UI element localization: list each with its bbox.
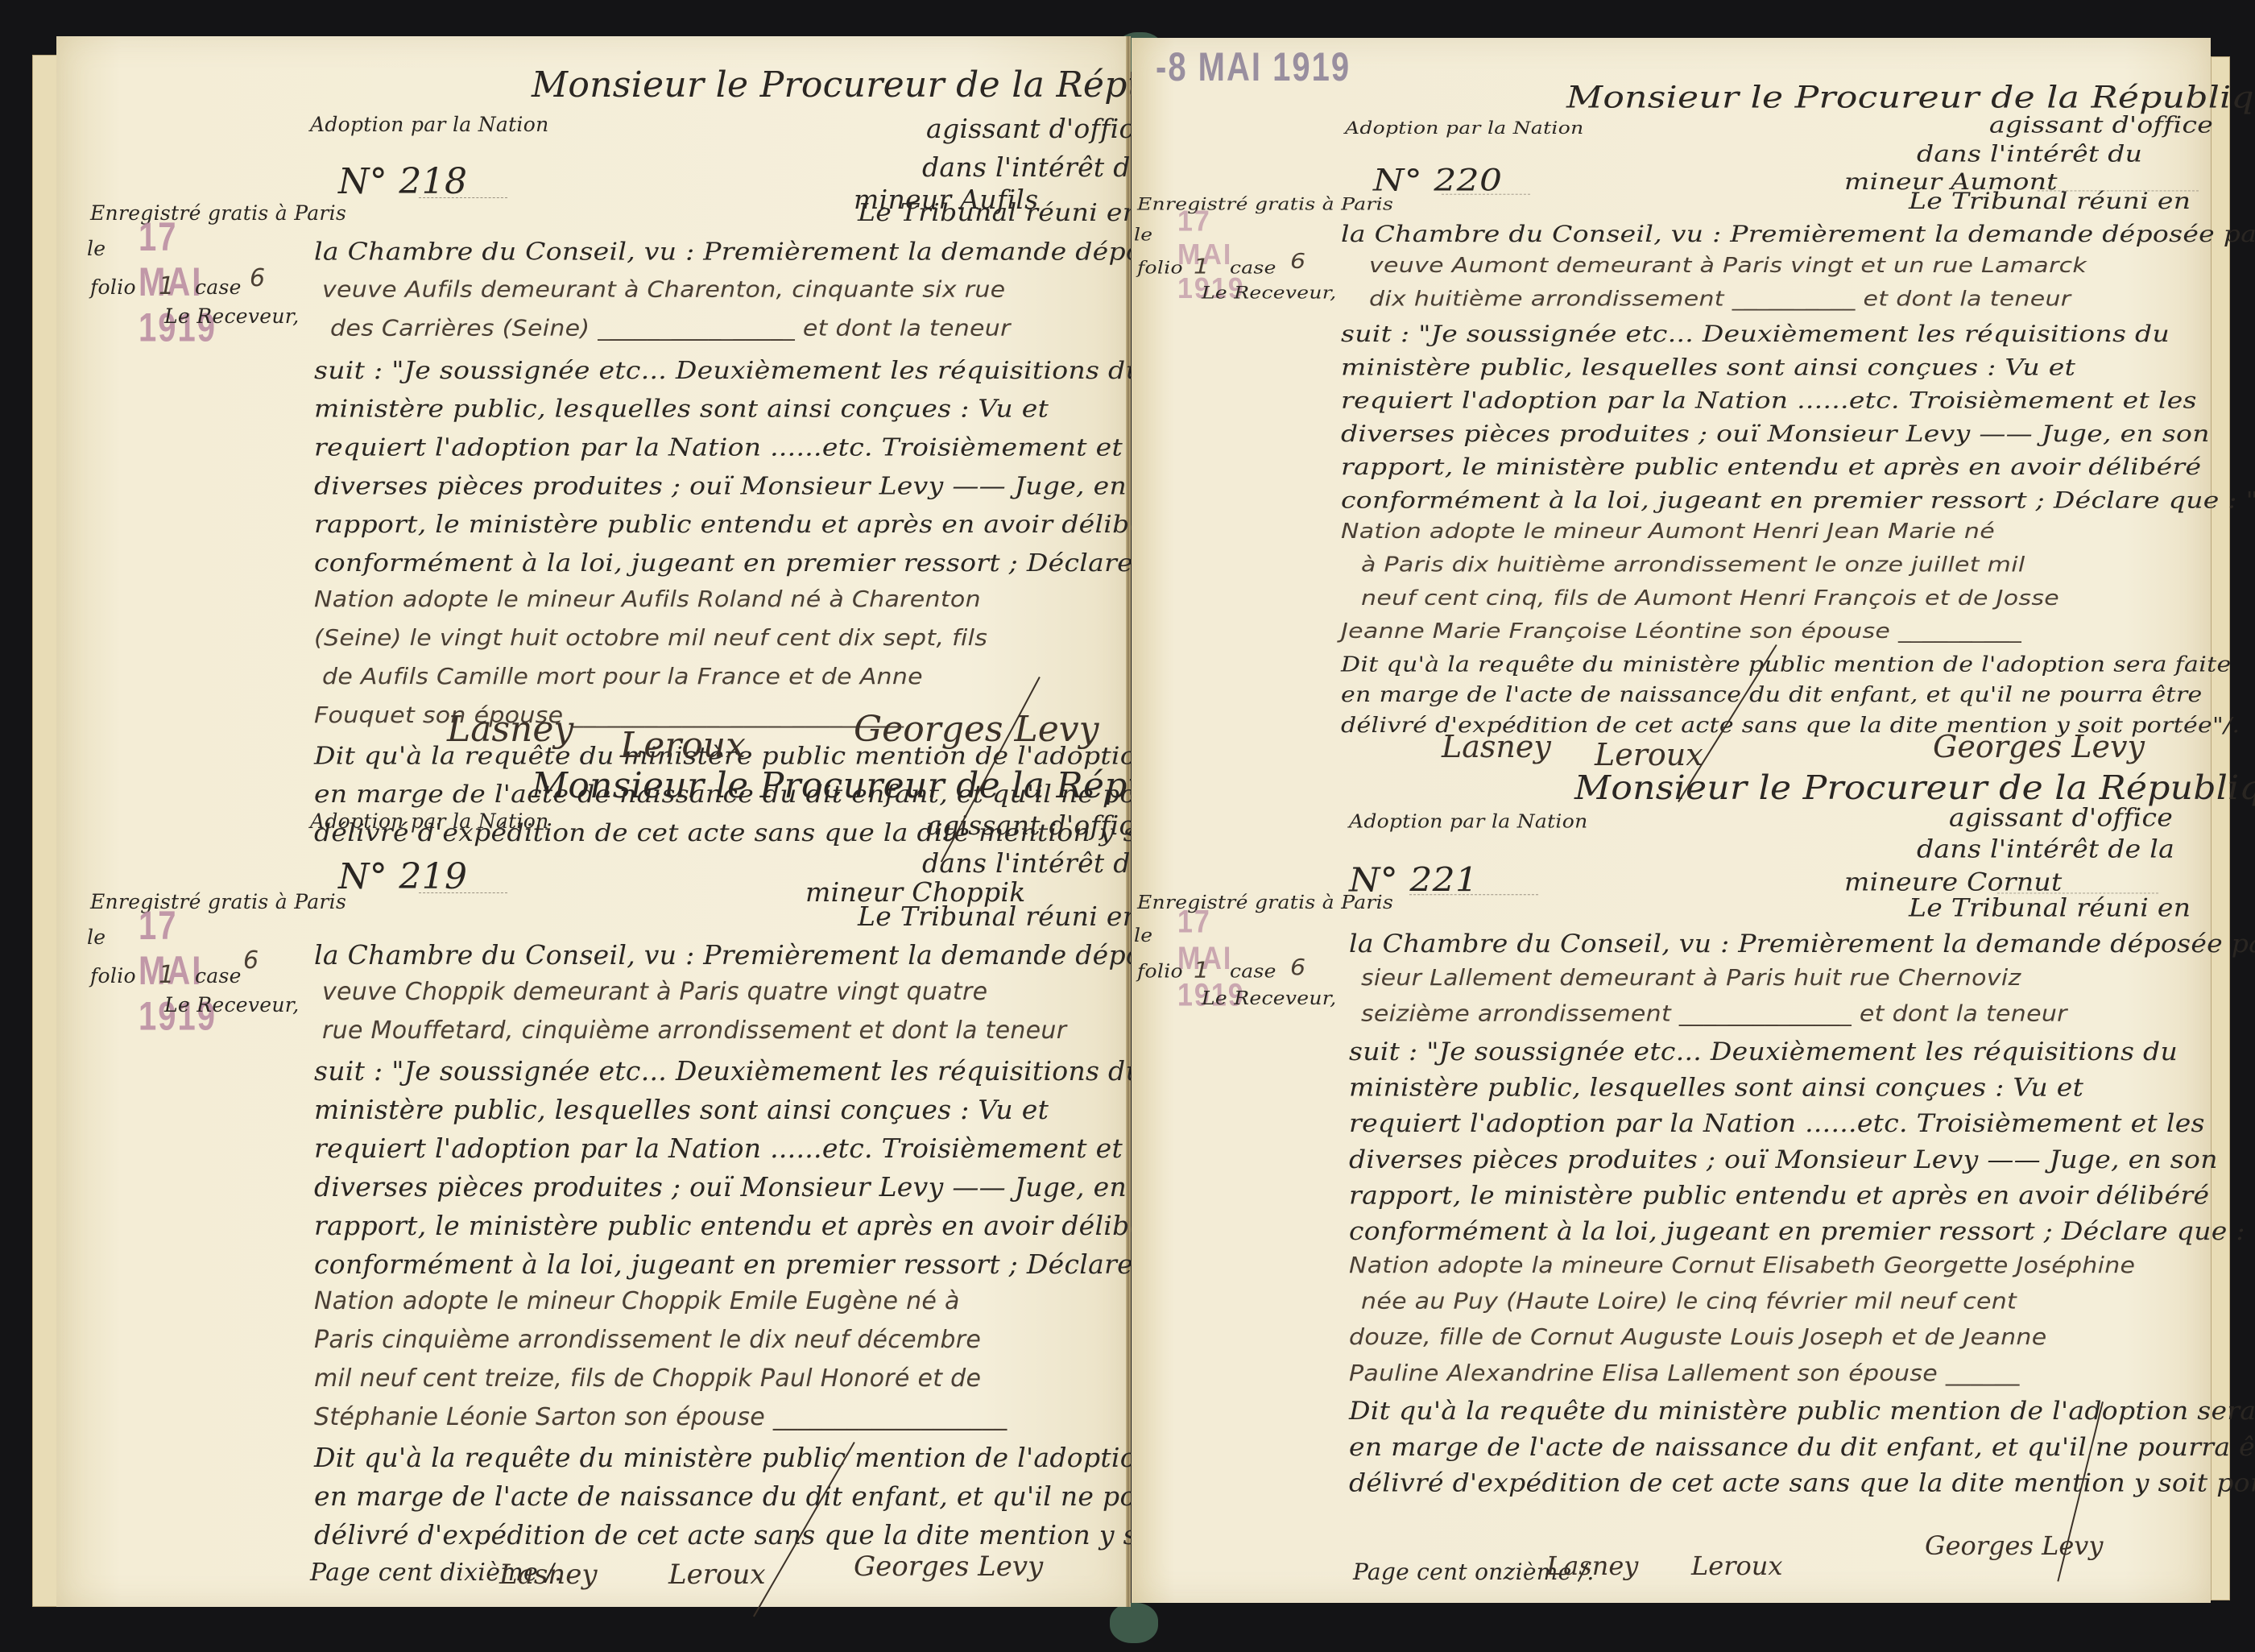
body-line: la Chambre du Conseil, vu : Premièrement… <box>1341 220 2255 247</box>
registration-text: Enregistré gratis à Paris <box>90 201 346 225</box>
entry-category: Adoption par la Nation <box>310 809 548 833</box>
body-line: la Chambre du Conseil, vu : Premièrement… <box>1349 929 2255 958</box>
registration-text: Enregistré gratis à Paris <box>1137 892 1393 913</box>
body-line: rapport, le ministère public entendu et … <box>314 1210 1174 1241</box>
body-line-handwritten: veuve Aufils demeurant à Charenton, cinq… <box>322 277 1005 303</box>
body-line: Le Tribunal réuni en <box>858 901 1140 932</box>
body-line-handwritten: neuf cent cinq, fils de Aumont Henri Fra… <box>1361 586 2059 611</box>
entry-number: N° 220 <box>1373 163 1502 198</box>
body-line: en marge de l'acte de naissance du dit e… <box>1349 1432 2255 1461</box>
entry-category: Adoption par la Nation <box>1345 118 1583 138</box>
case-number: 6 <box>1290 954 1305 981</box>
body-line: ministère public, lesquelles sont ainsi … <box>314 394 1049 423</box>
case-number: 6 <box>250 264 265 292</box>
registration-le: le <box>1134 225 1152 245</box>
body-line: diverses pièces produites ; ouï Monsieur… <box>314 1171 1183 1203</box>
signature-3: Georges Levy <box>1925 1530 2103 1561</box>
body-line: en marge de l'acte de naissance du dit e… <box>314 1480 1260 1512</box>
entry-category: Adoption par la Nation <box>1349 810 1587 832</box>
body-line-handwritten: des Carrières (Seine) ________________ e… <box>330 316 1011 342</box>
registration-le: le <box>1134 925 1152 946</box>
entry-category: Adoption par la Nation <box>310 113 548 136</box>
body-line: délivré d'expédition de cet acte sans qu… <box>1349 1468 2255 1497</box>
body-line-handwritten: seizième arrondissement ______________ e… <box>1361 1000 2067 1027</box>
body-line: diverses pièces produites ; ouï Monsieur… <box>1341 420 2210 447</box>
page-signature-1: Lasney <box>1546 1551 1638 1581</box>
body-line: rapport, le ministère public entendu et … <box>1349 1181 2209 1210</box>
page-signature-1: Lasney <box>499 1559 598 1591</box>
signature-3: Georges Levy <box>1933 729 2145 764</box>
signature-2: Leroux <box>620 725 746 766</box>
signature-1: Lasney <box>1442 729 1551 764</box>
body-line-handwritten: douze, fille de Cornut Auguste Louis Jos… <box>1349 1324 2046 1351</box>
registration-folio: folio <box>1137 960 1183 982</box>
body-line: rapport, le ministère public entendu et … <box>314 510 1174 539</box>
body-line-handwritten: (Seine) le vingt huit octobre mil neuf c… <box>314 625 987 651</box>
body-line-handwritten: veuve Choppik demeurant à Paris quatre v… <box>322 978 987 1006</box>
registration-text: Enregistré gratis à Paris <box>90 890 346 913</box>
registration-le: le <box>87 925 106 949</box>
binding-thread-bottom <box>1110 1603 1158 1643</box>
registration-case: case <box>195 964 242 987</box>
page-signature-2: Leroux <box>1691 1551 1782 1581</box>
body-line: Dit qu'à la requête du ministère public … <box>1341 652 2232 677</box>
body-line-handwritten: à Paris dix huitième arrondissement le o… <box>1361 553 2025 577</box>
body-line: ministère public, lesquelles sont ainsi … <box>1349 1073 2083 1102</box>
number-dash <box>419 892 507 893</box>
body-line: ministère public, lesquelles sont ainsi … <box>314 1094 1049 1125</box>
registration-folio: folio <box>90 275 136 299</box>
body-line: suit : "Je soussignée etc... Deuxièmemen… <box>1341 320 2170 347</box>
folio-number: 1 <box>1194 957 1209 983</box>
entry-header: Monsieur le Procureur de la République, <box>1574 769 2255 807</box>
body-line-handwritten: sieur Lallement demeurant à Paris huit r… <box>1361 965 2021 992</box>
number-dash <box>1409 894 1538 895</box>
case-number: 6 <box>1290 250 1305 274</box>
right-page-edge <box>2211 56 2230 1600</box>
signature-3: Georges Levy <box>854 709 1099 750</box>
entry-header: Monsieur le Procureur de la République, <box>1566 80 2255 115</box>
number-dash <box>1442 194 1530 195</box>
body-line-handwritten: de Aufils Camille mort pour la France et… <box>322 664 923 689</box>
body-line: suit : "Je soussignée etc... Deuxièmemen… <box>1349 1037 2178 1066</box>
body-line: requiert l'adoption par la Nation ......… <box>1341 387 2197 414</box>
body-line: Le Tribunal réuni en <box>1909 187 2191 214</box>
case-number: 6 <box>243 946 259 975</box>
registration-receveur: Le Receveur, <box>1202 987 1337 1009</box>
body-line-handwritten: Stéphanie Léonie Sarton son épouse _____… <box>314 1403 1008 1431</box>
body-line: diverses pièces produites ; ouï Monsieur… <box>314 471 1183 500</box>
body-line-handwritten: Fouquet son épouse _____________________… <box>314 702 904 728</box>
body-line-handwritten: Nation adopte le mineur Aumont Henri Jea… <box>1341 520 1995 544</box>
body-line: conformément à la loi, jugeant en premie… <box>314 1248 1265 1280</box>
body-line: suit : "Je soussignée etc... Deuxièmemen… <box>314 1055 1143 1087</box>
top-date-stamp: -8 MAI 1919 <box>1156 45 1351 90</box>
registration-case: case <box>195 275 242 299</box>
body-line: en marge de l'acte de naissance du dit e… <box>1341 683 2203 707</box>
entry-interest: dans l'intérêt du <box>922 847 1148 879</box>
body-line: Le Tribunal réuni en <box>858 197 1140 226</box>
body-line-handwritten: dix huitième arrondissement __________ e… <box>1369 287 2071 311</box>
entry-agissant: agissant d'office <box>1989 111 2213 139</box>
entry-interest: dans l'intérêt du <box>1917 140 2142 168</box>
body-line-handwritten: Nation adopte le mineur Aufils Roland né… <box>314 586 981 612</box>
registration-case: case <box>1230 258 1276 278</box>
entry-interest: dans l'intérêt du <box>922 151 1148 183</box>
registration-receveur: Le Receveur, <box>1202 283 1337 303</box>
registration-case: case <box>1230 960 1276 982</box>
body-line: rapport, le ministère public entendu et … <box>1341 453 2201 480</box>
signature-2: Leroux <box>1595 737 1703 772</box>
registration-le: le <box>87 237 106 260</box>
signature-1: Lasney <box>447 709 573 750</box>
body-line-handwritten: Paris cinquième arrondissement le dix ne… <box>314 1326 981 1354</box>
registration-receveur: Le Receveur, <box>164 993 300 1016</box>
folio-number: 1 <box>159 961 174 989</box>
body-line: requiert l'adoption par la Nation ......… <box>314 433 1170 462</box>
folio-number: 1 <box>1194 255 1209 279</box>
body-line: requiert l'adoption par la Nation ......… <box>314 1132 1170 1164</box>
body-line: ministère public, lesquelles sont ainsi … <box>1341 354 2075 381</box>
body-line-handwritten: veuve Aumont demeurant à Paris vingt et … <box>1369 254 2087 278</box>
body-line-handwritten: Jeanne Marie Françoise Léontine son épou… <box>1341 619 2021 644</box>
entry-interest: dans l'intérêt de la <box>1917 834 2174 863</box>
entry-number: N° 218 <box>338 161 467 202</box>
body-line: conformément à la loi, jugeant en premie… <box>1349 1216 2255 1245</box>
body-line: Le Tribunal réuni en <box>1909 892 2191 921</box>
entry-agissant: agissant d'office <box>926 113 1150 144</box>
registration-receveur: Le Receveur, <box>164 304 300 328</box>
body-line: suit : "Je soussignée etc... Deuxièmemen… <box>314 355 1143 384</box>
body-line: Dit qu'à la requête du ministère public … <box>1349 1396 2255 1425</box>
body-line-handwritten: Nation adopte la mineure Cornut Elisabet… <box>1349 1252 2135 1279</box>
body-line: conformément à la loi, jugeant en premie… <box>314 549 1265 578</box>
body-line: diverses pièces produites ; ouï Monsieur… <box>1349 1145 2218 1174</box>
entry-agissant: agissant d'office <box>1949 803 2173 832</box>
registration-folio: folio <box>90 964 136 987</box>
number-dash <box>419 197 507 198</box>
left-page-edge <box>32 55 58 1607</box>
registration-folio: folio <box>1137 258 1183 278</box>
entry-number: N° 219 <box>338 856 467 897</box>
body-line-handwritten: rue Mouffetard, cinquième arrondissement… <box>322 1016 1066 1045</box>
body-line: conformément à la loi, jugeant en premie… <box>1341 486 2255 514</box>
body-line-handwritten: Nation adopte le mineur Choppik Emile Eu… <box>314 1287 960 1315</box>
registration-text: Enregistré gratis à Paris <box>1137 194 1393 214</box>
body-line-handwritten: Pauline Alexandrine Elisa Lallement son … <box>1349 1360 2020 1387</box>
folio-number: 1 <box>159 272 174 300</box>
body-line: requiert l'adoption par la Nation ......… <box>1349 1108 2205 1137</box>
body-line-handwritten: mil neuf cent treize, fils de Choppik Pa… <box>314 1364 981 1393</box>
body-line-handwritten: née au Puy (Haute Loire) le cinq février… <box>1361 1288 2017 1315</box>
page-signature-2: Leroux <box>668 1559 766 1591</box>
signature-3: Georges Levy <box>854 1551 1043 1583</box>
